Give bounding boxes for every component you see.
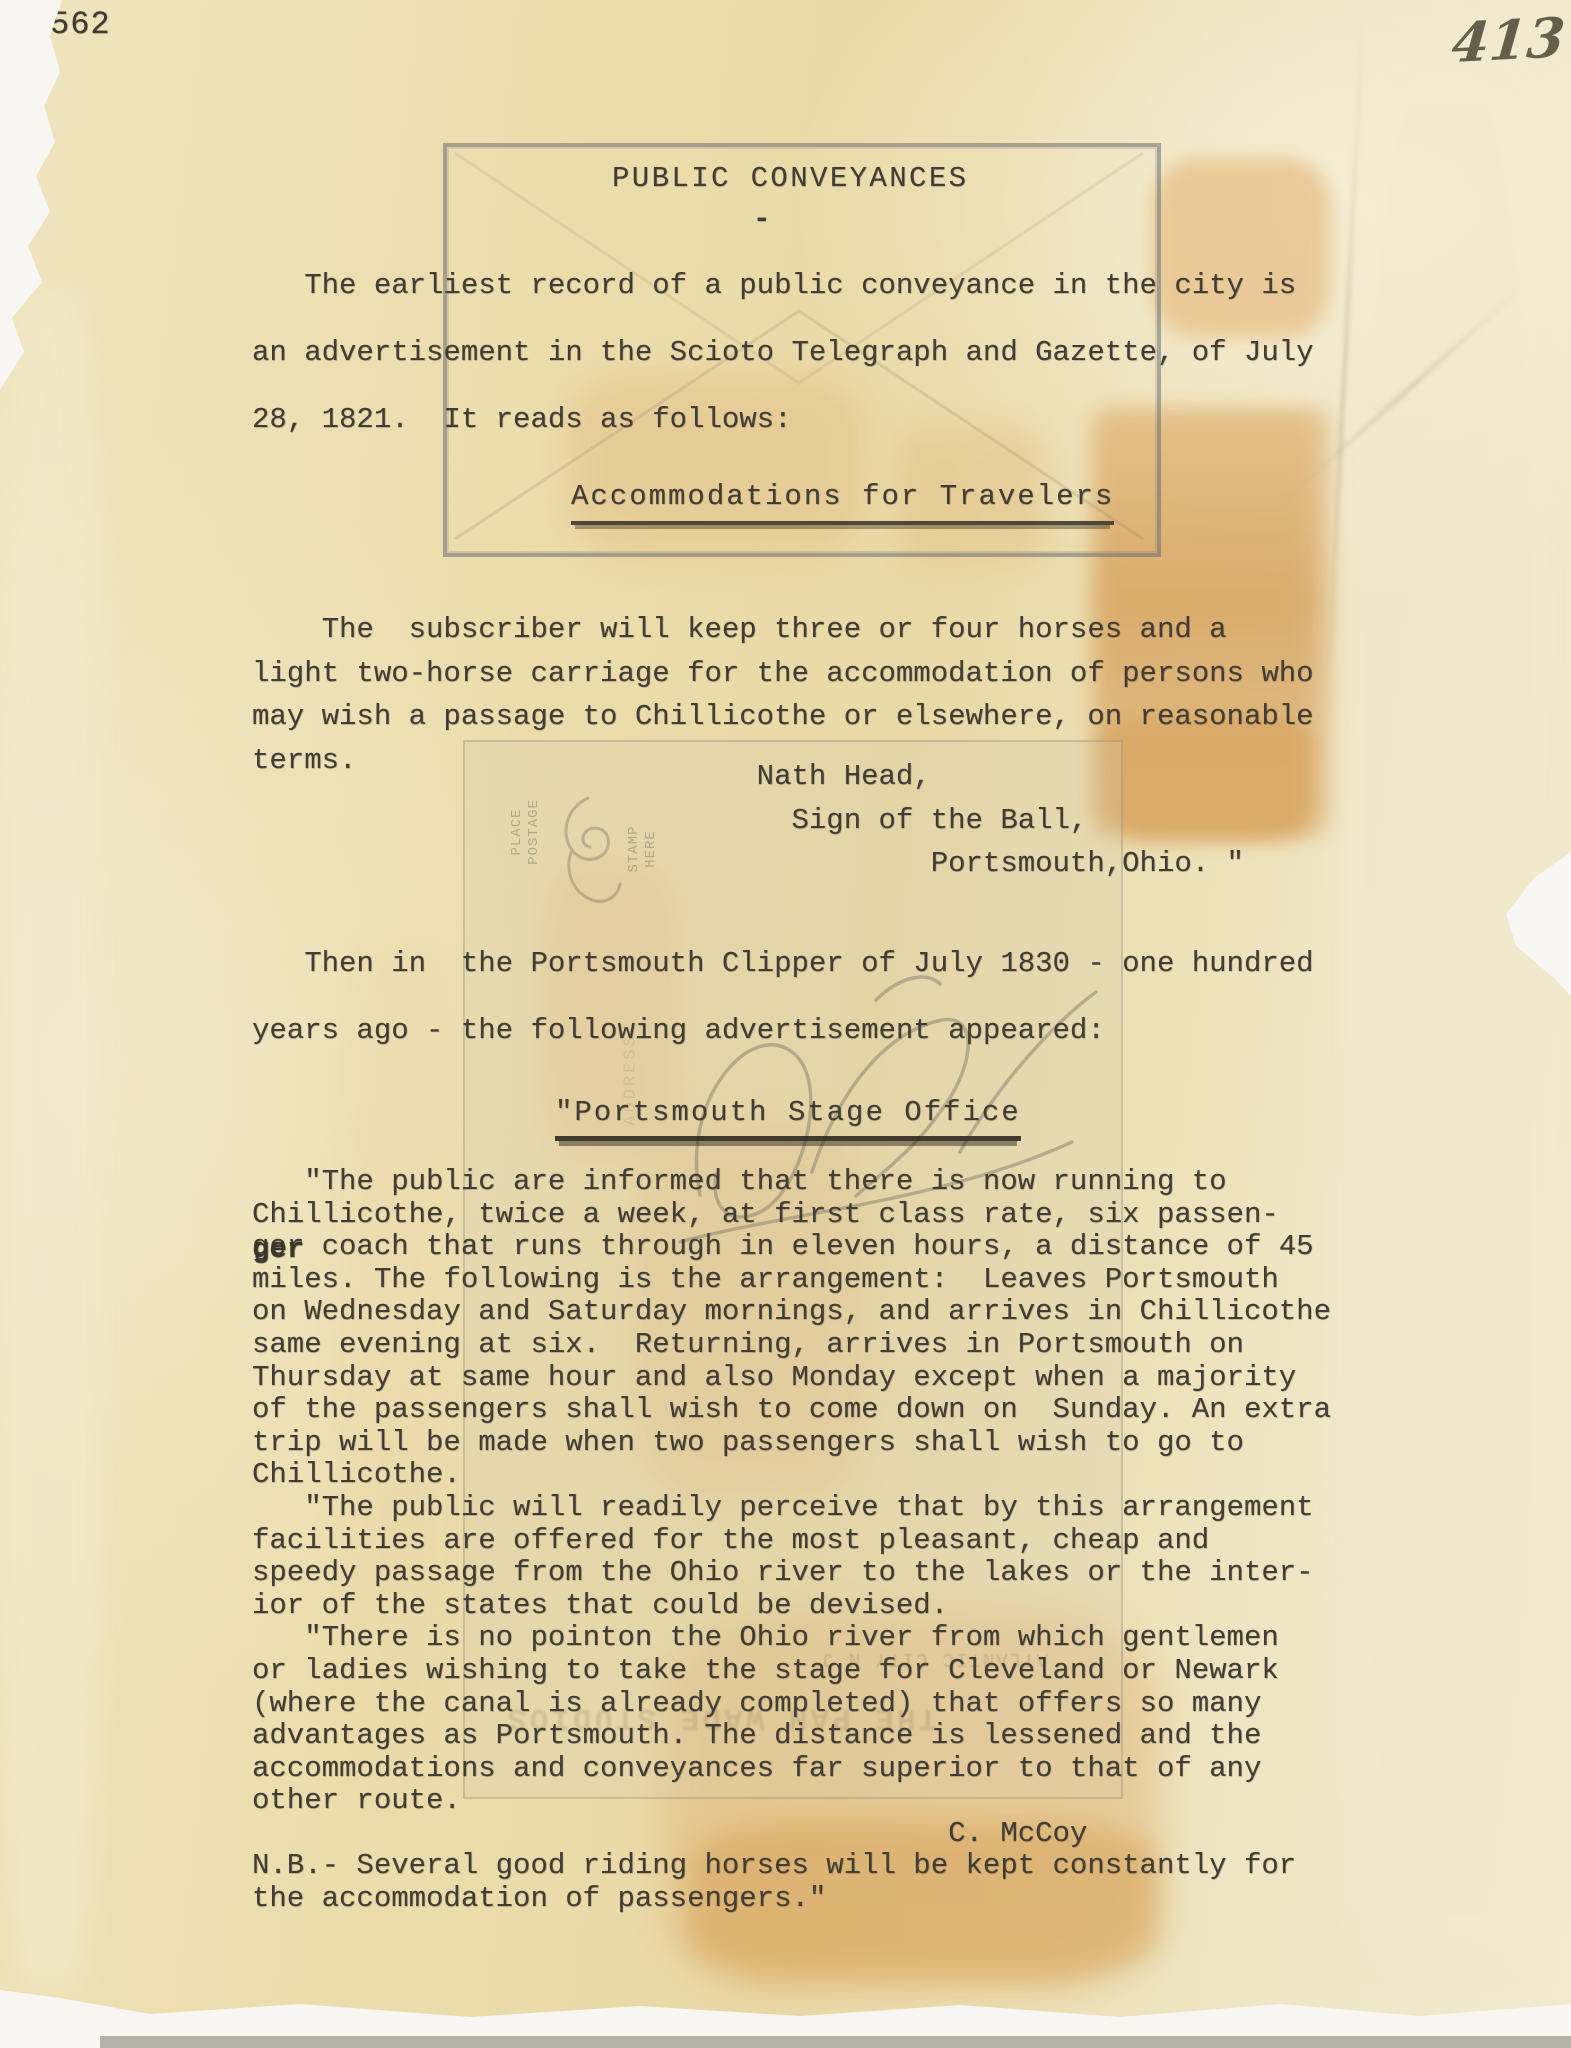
scanned-document-page: PLACE POSTAGE STAMP HERE ATLANTIC CITY N… [0, 0, 1571, 2048]
scanner-edge-shadow [100, 2036, 1571, 2048]
handwritten-page-number: 413 [1449, 5, 1567, 75]
typed-page-number: 562 [50, 6, 111, 43]
intro-paragraph: The earliest record of a public conveyan… [252, 252, 1314, 453]
ad2-heading-text: "Portsmouth Stage Office [555, 1097, 1021, 1141]
light-band-left-edge [0, 290, 100, 1990]
light-band-right-edge [1325, 60, 1571, 1960]
bold-ger-overlay: ger [252, 1233, 304, 1266]
title-dash: - [753, 204, 770, 237]
document-title: PUBLIC CONVEYANCES [612, 163, 968, 196]
ad1-signature-block: Nath Head, Sign of the Ball, Portsmouth,… [252, 755, 1244, 886]
ad1-heading: Accommodations for Travelers [571, 481, 1114, 525]
stage-office-body: "The public are informed that there is n… [252, 1166, 1331, 1916]
ad1-heading-text: Accommodations for Travelers [571, 481, 1114, 525]
transition-paragraph: Then in the Portsmouth Clipper of July 1… [252, 930, 1314, 1064]
aged-paper-sheet: PLACE POSTAGE STAMP HERE ATLANTIC CITY N… [0, 0, 1571, 2048]
ad2-heading: "Portsmouth Stage Office [555, 1097, 1021, 1141]
